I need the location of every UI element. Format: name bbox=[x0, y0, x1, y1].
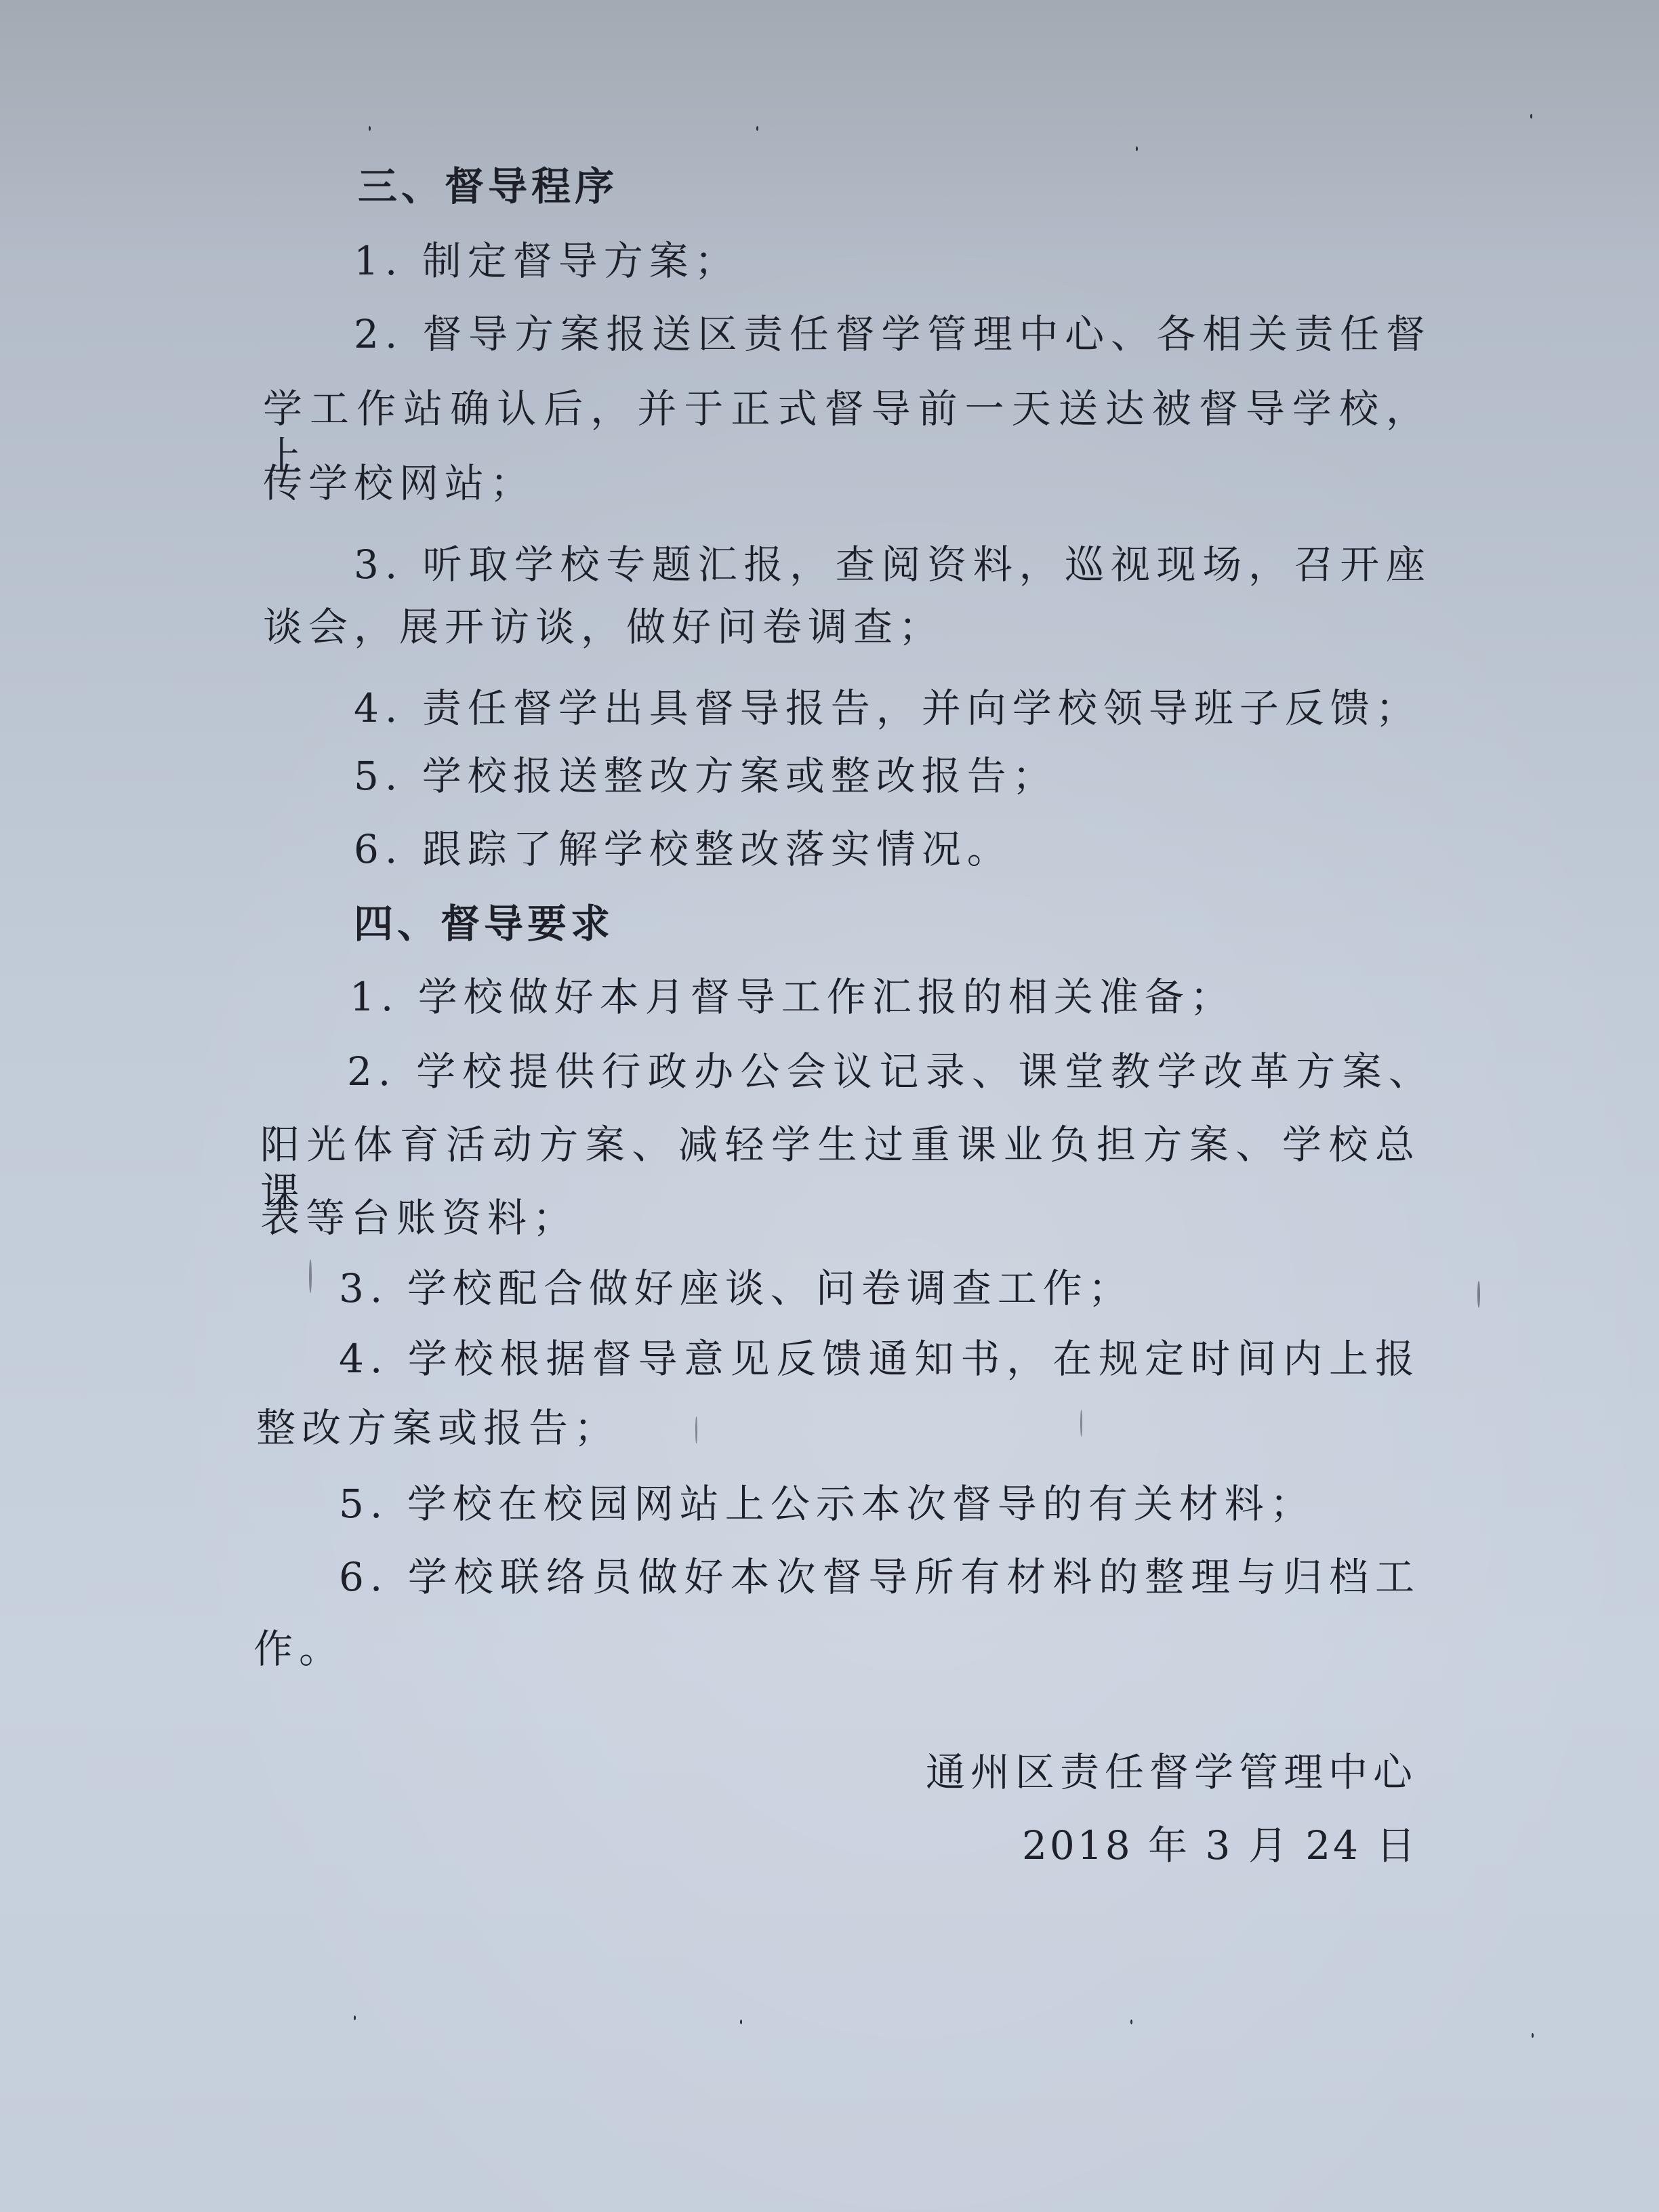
requirement-item-2-line-1: 2. 学校提供行政办公会议记录、课堂教学改革方案、 bbox=[347, 1048, 1434, 1095]
document-page: 三、督导程序 1. 制定督导方案； 2. 督导方案报送区责任督学管理中心、各相关… bbox=[0, 0, 1659, 2212]
requirement-item-5: 5. 学校在校园网站上公示本次督导的有关材料； bbox=[339, 1480, 1315, 1528]
procedure-item-3-line-1: 3. 听取学校专题汇报，查阅资料，巡视现场，召开座 bbox=[354, 541, 1431, 588]
paper-speck bbox=[369, 126, 371, 131]
paper-speck bbox=[695, 1416, 697, 1443]
paper-speck bbox=[309, 1259, 312, 1293]
requirement-item-6-line-2: 作。 bbox=[253, 1625, 344, 1673]
requirement-item-6-line-1: 6. 学校联络员做好本次督导所有材料的整理与归档工 bbox=[339, 1553, 1420, 1601]
paper-speck bbox=[740, 2020, 742, 2024]
paper-speck bbox=[1130, 2020, 1132, 2024]
procedure-item-1: 1. 制定督导方案； bbox=[354, 237, 740, 285]
paper-speck bbox=[756, 126, 758, 131]
procedure-item-2-line-3: 传学校网站； bbox=[263, 459, 535, 507]
paper-speck bbox=[1532, 2033, 1534, 2038]
section-heading-procedure: 三、督导程序 bbox=[358, 163, 618, 210]
requirement-item-4-line-1: 4. 学校根据督导意见反馈通知书，在规定时间内上报 bbox=[339, 1335, 1420, 1382]
paper-speck bbox=[354, 2015, 356, 2020]
procedure-item-2-line-1: 2. 督导方案报送区责任督学管理中心、各相关责任督 bbox=[354, 310, 1431, 358]
issue-date: 2018 年 3 月 24 日 bbox=[1022, 1822, 1418, 1869]
paper-speck bbox=[1530, 114, 1532, 119]
procedure-item-4: 4. 责任督学出具督导报告，并向学校领导班子反馈； bbox=[354, 684, 1421, 732]
procedure-item-3-line-2: 谈会，展开访谈，做好问卷调查； bbox=[263, 603, 944, 651]
requirement-item-4-line-2: 整改方案或报告； bbox=[256, 1404, 619, 1452]
section-heading-requirements: 四、督导要求 bbox=[354, 900, 614, 947]
paper-speck bbox=[1136, 146, 1138, 151]
paper-speck bbox=[1477, 1281, 1480, 1308]
issuing-organization: 通州区责任督学管理中心 bbox=[926, 1748, 1418, 1796]
paper-speck bbox=[1080, 1410, 1082, 1437]
procedure-item-6: 6. 跟踪了解学校整改落实情况。 bbox=[354, 825, 1012, 873]
requirement-item-2-line-3: 表等台账资料； bbox=[260, 1194, 578, 1242]
requirement-item-1: 1. 学校做好本月督导工作汇报的相关准备； bbox=[350, 973, 1235, 1021]
procedure-item-5: 5. 学校报送整改方案或整改报告； bbox=[354, 752, 1058, 800]
requirement-item-3: 3. 学校配合做好座谈、问卷调查工作； bbox=[339, 1265, 1134, 1312]
